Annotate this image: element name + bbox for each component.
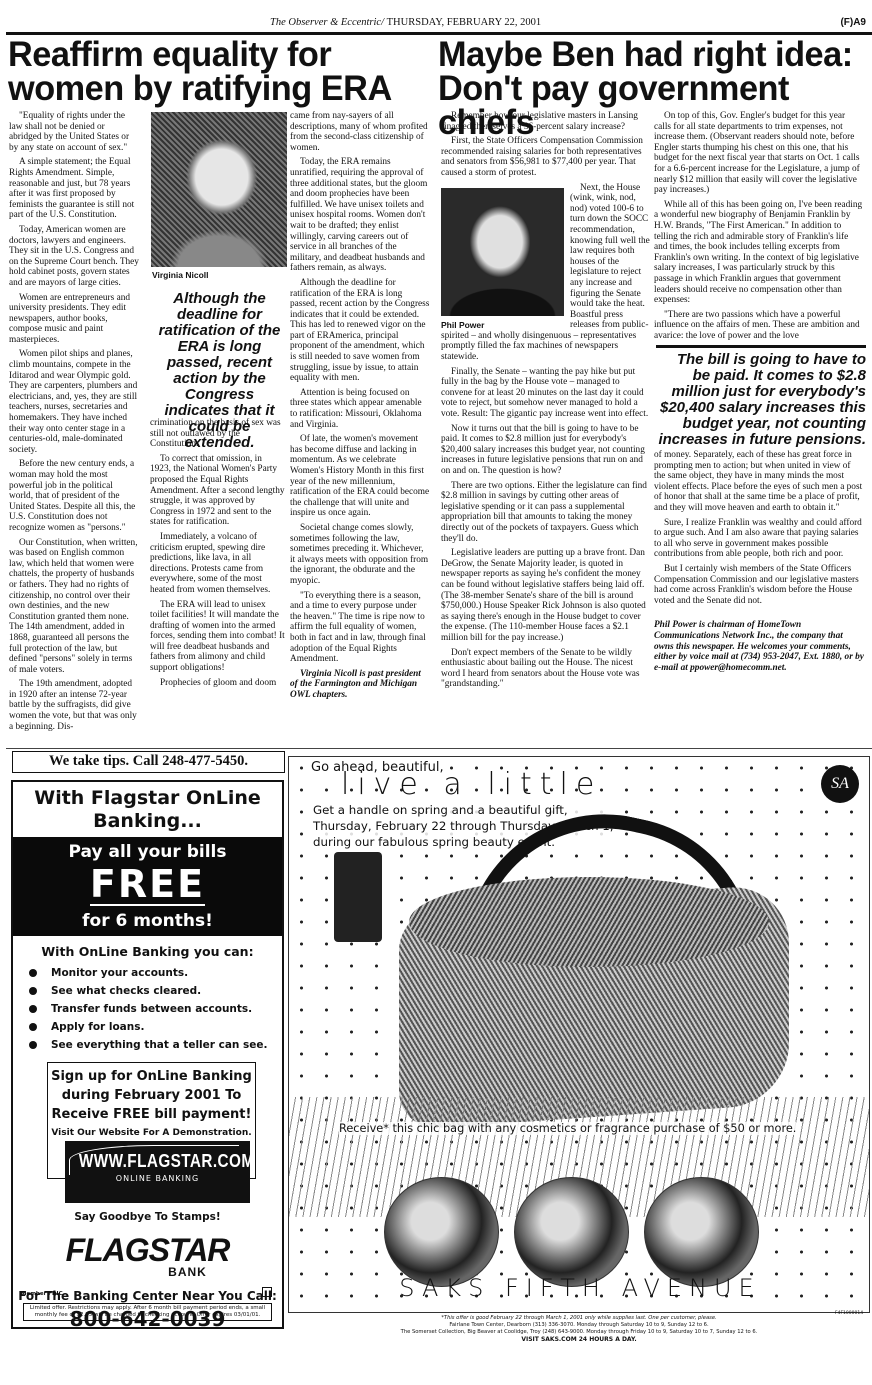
compact-image	[384, 1177, 499, 1287]
author-byline: Phil Power is chairman of HomeTown Commu…	[654, 620, 864, 673]
left-headline-line2: women by ratifying ERA	[8, 72, 420, 106]
website-link[interactable]: WWW.FLAGSTAR.COM ONLINE BANKING	[65, 1141, 250, 1203]
features-list: Monitor your accounts. See what checks c…	[29, 964, 282, 1054]
fdic-member: Member FDIC	[21, 1291, 63, 1297]
paragraph: Remember how our legislative masters in …	[441, 111, 651, 132]
item-text: See everything that a teller can see.	[51, 1039, 268, 1051]
offer-banner: Pay all your bills FREE for 6 months!	[13, 837, 282, 936]
item-text: Apply for loans.	[51, 1021, 145, 1033]
pay-column-2: On top of this, Gov. Engler's budget for…	[654, 111, 864, 345]
equal-housing-icon	[262, 1287, 272, 1297]
saks-fine-print: *This offer is good February 22 through …	[288, 1315, 870, 1343]
flagstar-ad[interactable]: With Flagstar OnLine Banking... Pay all …	[11, 780, 284, 1329]
list-item: Apply for loans.	[29, 1018, 282, 1036]
paragraph: A simple statement; the Equal Rights Ame…	[9, 157, 139, 221]
paragraph: Before the new century ends, a woman may…	[9, 459, 139, 533]
compact-image	[644, 1177, 759, 1287]
fine-print: Limited offer. Restrictions may apply. A…	[23, 1303, 272, 1321]
paragraph: crimination on the basis of sex was stil…	[150, 418, 285, 450]
saks-logo-icon: SA	[821, 765, 859, 803]
section-divider	[6, 748, 872, 749]
author-byline: Virginia Nicoll is past president of the…	[290, 669, 430, 701]
tips-box: We take tips. Call 248-477-5450.	[12, 751, 285, 773]
bullet-icon	[29, 987, 37, 995]
receive-offer: Receive* this chic bag with any cosmetic…	[339, 1122, 796, 1135]
paragraph: Now it turns out that the bill is going …	[441, 424, 651, 477]
photo-caption: Phil Power	[441, 320, 484, 330]
paragraph: The 19th amendment, adopted in 1920 afte…	[9, 679, 139, 732]
paragraph: While all of this has been going on, I'v…	[654, 200, 864, 306]
era-column-3: came from nay-sayers of all descriptions…	[290, 111, 430, 704]
paragraph: There are two options. Either the legisl…	[441, 481, 651, 545]
visit-text: Visit Our Website For A Demonstration.	[48, 1128, 255, 1138]
issue-date: THURSDAY, FEBRUARY 22, 2001	[387, 17, 542, 28]
offer-free: FREE	[90, 864, 205, 906]
masthead: The Observer & Eccentric/ THURSDAY, FEBR…	[0, 0, 872, 36]
paragraph: Women are entrepreneurs and university p…	[9, 293, 139, 346]
list-item: See everything that a teller can see.	[29, 1036, 282, 1054]
virginia-nicoll-photo	[151, 112, 287, 267]
era-column-2: crimination on the basis of sex was stil…	[150, 418, 285, 692]
item-text: See what checks cleared.	[51, 985, 201, 997]
saks-visit-link[interactable]: VISIT SAKS.COM 24 HOURS A DAY.	[288, 1336, 870, 1343]
flagstar-logo: FLAGSTAR	[13, 1235, 282, 1265]
item-text: Monitor your accounts.	[51, 967, 188, 979]
paragraph: "Equality of rights under the law shall …	[9, 111, 139, 153]
paragraph: Legislative leaders are putting up a bra…	[441, 548, 651, 643]
paragraph: On top of this, Gov. Engler's budget for…	[654, 111, 864, 196]
paragraph: "There are two passions which have a pow…	[654, 310, 864, 342]
phil-power-photo	[441, 188, 564, 316]
paragraph: First, the State Officers Compensation C…	[441, 136, 651, 178]
paragraph: Finally, the Senate – wanting the pay hi…	[441, 367, 651, 420]
left-headline-line1: Reaffirm equality for	[8, 38, 420, 72]
features-heading: With OnLine Banking you can:	[13, 944, 282, 959]
paragraph: Societal change comes slowly, sometimes …	[290, 523, 430, 587]
bag-lid-image	[409, 877, 769, 967]
compact-image	[514, 1177, 629, 1287]
list-item: Monitor your accounts.	[29, 964, 282, 982]
list-item: See what checks cleared.	[29, 982, 282, 1000]
fine-line1: *This offer is good February 22 through …	[288, 1315, 870, 1322]
fine-line2: Fairlane Town Center, Dearborn (313) 336…	[288, 1322, 870, 1329]
paper-name: The Observer & Eccentric/	[270, 17, 384, 28]
website-sub: ONLINE BANKING	[65, 1174, 250, 1183]
right-headline-line1: Maybe Ben had right idea:	[438, 38, 859, 72]
bullet-icon	[29, 1005, 37, 1013]
paragraph: To correct that omission, in 1923, the N…	[150, 454, 285, 528]
paragraph: Immediately, a volcano of criticism erup…	[150, 532, 285, 596]
paragraph: Today, American women are doctors, lawye…	[9, 225, 139, 289]
paragraph: of money. Separately, each of these has …	[654, 450, 864, 514]
website-url: WWW.FLAGSTAR.COM	[79, 1151, 236, 1172]
paragraph: Our Constitution, when written, was base…	[9, 538, 139, 676]
fine-line3: The Somerset Collection, Big Beaver at C…	[288, 1329, 870, 1336]
paragraph: Today, the ERA remains unratified, requi…	[290, 157, 430, 274]
saks-live-a-little: live a little	[341, 770, 602, 800]
paragraph: Don't expect members of the Senate to be…	[441, 648, 651, 690]
bottle-image	[334, 852, 382, 942]
goodbye-text: Say Goodbye To Stamps!	[13, 1211, 282, 1223]
offer-line1: Get a handle on spring and a beautiful g…	[313, 802, 614, 818]
paragraph: Although the deadline for ratification o…	[290, 278, 430, 384]
bullet-icon	[29, 1041, 37, 1049]
era-column-1: "Equality of rights under the law shall …	[9, 111, 139, 736]
paragraph: Sure, I realize Franklin was wealthy and…	[654, 518, 864, 560]
paragraph: The ERA will lead to unisex toilet facil…	[150, 600, 285, 674]
flagstar-heading: With Flagstar OnLine Banking...	[13, 787, 282, 833]
paragraph: Women pilot ships and planes, climb moun…	[9, 349, 139, 455]
bullet-icon	[29, 969, 37, 977]
paragraph: Of late, the women's movement has become…	[290, 434, 430, 519]
pay-column-2-continued: of money. Separately, each of these has …	[654, 450, 864, 677]
saks-ad[interactable]: Go ahead, beautiful, live a little SA Ge…	[288, 756, 870, 1313]
item-text: Transfer funds between accounts.	[51, 1003, 252, 1015]
paragraph: But I certainly wish members of the Stat…	[654, 564, 864, 606]
photo-caption: Virginia Nicoll	[152, 270, 209, 280]
signup-text: Sign up for OnLine Banking during Februa…	[48, 1067, 255, 1124]
offer-line3: for 6 months!	[13, 911, 282, 931]
saks-brand: SAKS FIFTH AVENUE	[289, 1274, 870, 1302]
paper-title: The Observer & Eccentric/ THURSDAY, FEBR…	[270, 17, 541, 28]
paragraph: came from nay-sayers of all descriptions…	[290, 111, 430, 153]
paragraph: "To everything there is a season, and a …	[290, 591, 430, 665]
offer-line1: Pay all your bills	[13, 842, 282, 862]
pay-pull-quote: The bill is going to have to be paid. It…	[656, 345, 866, 448]
page-number: (F)A9	[840, 17, 866, 28]
paragraph: Attention is being focused on three stat…	[290, 388, 430, 430]
left-headline: Reaffirm equality for women by ratifying…	[8, 38, 420, 106]
bullet-icon	[29, 1023, 37, 1031]
paragraph: Prophecies of gloom and doom	[150, 678, 285, 689]
list-item: Transfer funds between accounts.	[29, 1000, 282, 1018]
